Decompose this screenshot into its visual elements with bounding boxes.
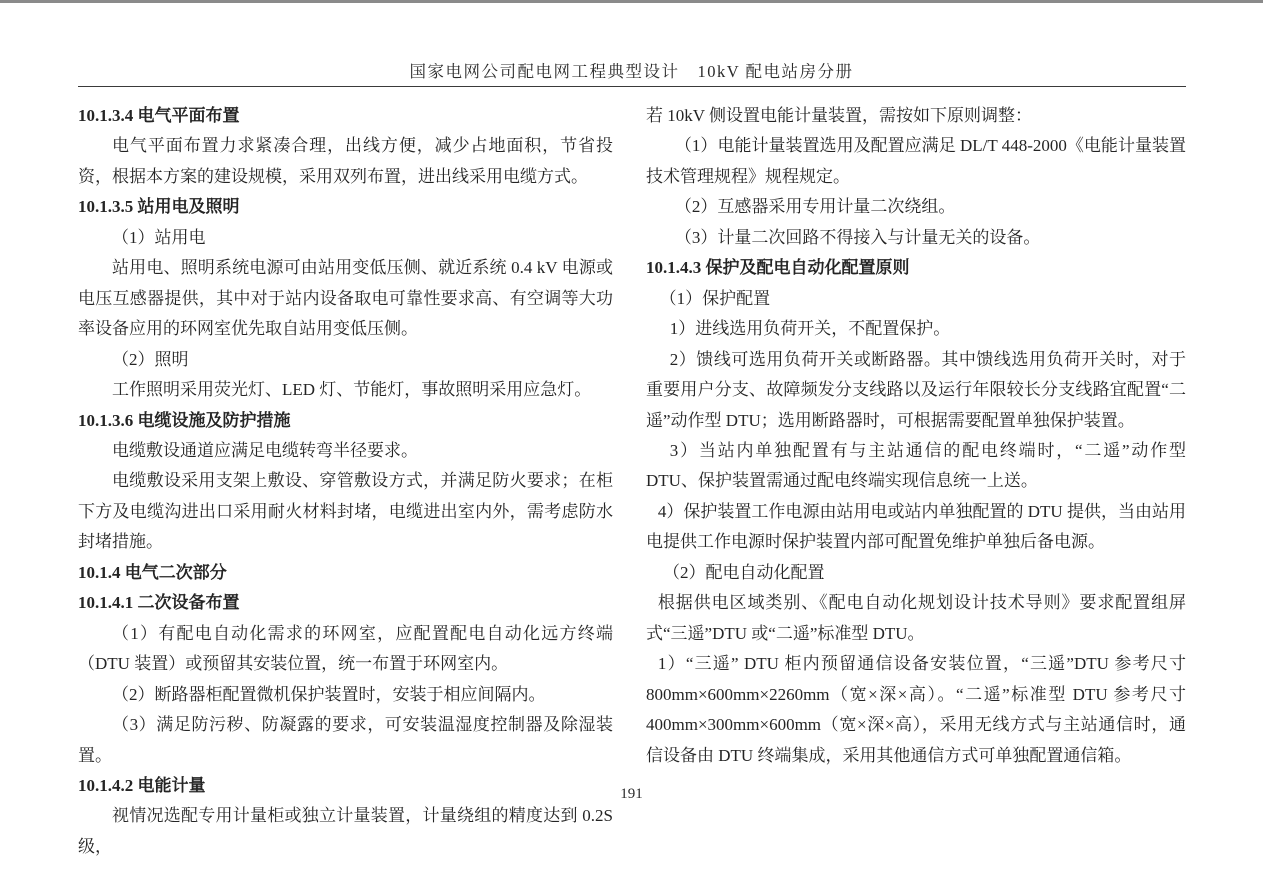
section-heading: 10.1.4.3 保护及配电自动化配置原则	[646, 253, 1186, 283]
header-divider	[78, 86, 1186, 87]
section-heading: 10.1.3.4 电气平面布置	[78, 101, 613, 131]
paragraph: 视情况选配专用计量柜或独立计量装置，计量绕组的精度达到 0.2S 级，	[78, 801, 613, 862]
paragraph: 3）当站内单独配置有与主站通信的配电终端时，“二遥”动作型 DTU、保护装置需通…	[646, 436, 1186, 497]
left-column: 10.1.3.4 电气平面布置电气平面布置力求紧凑合理，出线方便，减少占地面积，…	[78, 101, 613, 862]
paragraph: （2）断路器柜配置微机保护装置时，安装于相应间隔内。	[78, 680, 613, 710]
paragraph: （1）保护配置	[646, 284, 1186, 314]
section-heading: 10.1.3.6 电缆设施及防护措施	[78, 406, 613, 436]
paragraph: 站用电、照明系统电源可由站用变低压侧、就近系统 0.4 kV 电源或电压互感器提…	[78, 253, 613, 344]
paragraph: 4）保护装置工作电源由站用电或站内单独配置的 DTU 提供，当由站用电提供工作电…	[646, 497, 1186, 558]
paragraph: 1）“三遥” DTU 柜内预留通信设备安装位置，“三遥”DTU 参考尺寸 800…	[646, 649, 1186, 771]
section-heading: 10.1.4 电气二次部分	[78, 558, 613, 588]
section-heading: 10.1.3.5 站用电及照明	[78, 192, 613, 222]
running-header: 国家电网公司配电网工程典型设计 10kV 配电站房分册	[0, 58, 1263, 82]
paragraph: 若 10kV 侧设置电能计量装置，需按如下原则调整：	[646, 101, 1186, 131]
paragraph: 电气平面布置力求紧凑合理，出线方便，减少占地面积，节省投资，根据本方案的建设规模…	[78, 131, 613, 192]
page-number: 191	[0, 786, 1263, 803]
paragraph: 根据供电区域类别、《配电自动化规划设计技术导则》要求配置组屏式“三遥”DTU 或…	[646, 588, 1186, 649]
section-heading: 10.1.4.1 二次设备布置	[78, 588, 613, 618]
paragraph: （2）互感器采用专用计量二次绕组。	[646, 192, 1186, 222]
paragraph: （2）照明	[78, 345, 613, 375]
document-page: 国家电网公司配电网工程典型设计 10kV 配电站房分册 10.1.3.4 电气平…	[0, 0, 1263, 892]
paragraph: 1）进线选用负荷开关，不配置保护。	[646, 314, 1186, 344]
right-column: 若 10kV 侧设置电能计量装置，需按如下原则调整：（1）电能计量装置选用及配置…	[646, 101, 1186, 862]
paragraph: （3）满足防污秽、防凝露的要求，可安装温湿度控制器及除湿装置。	[78, 710, 613, 771]
paragraph: （1）有配电自动化需求的环网室，应配置配电自动化远方终端（DTU 装置）或预留其…	[78, 619, 613, 680]
scan-top-edge	[0, 0, 1263, 3]
paragraph: 电缆敷设采用支架上敷设、穿管敷设方式，并满足防火要求；在柜下方及电缆沟进出口采用…	[78, 466, 613, 557]
paragraph: 电缆敷设通道应满足电缆转弯半径要求。	[78, 436, 613, 466]
paragraph: 工作照明采用荧光灯、LED 灯、节能灯，事故照明采用应急灯。	[78, 375, 613, 405]
paragraph: （3）计量二次回路不得接入与计量无关的设备。	[646, 223, 1186, 253]
page-body: 10.1.3.4 电气平面布置电气平面布置力求紧凑合理，出线方便，减少占地面积，…	[78, 101, 1186, 862]
paragraph: 2）馈线可选用负荷开关或断路器。其中馈线选用负荷开关时，对于重要用户分支、故障频…	[646, 345, 1186, 436]
paragraph: （1）电能计量装置选用及配置应满足 DL/T 448-2000《电能计量装置技术…	[646, 131, 1186, 192]
paragraph: （1）站用电	[78, 223, 613, 253]
paragraph: （2）配电自动化配置	[646, 558, 1186, 588]
